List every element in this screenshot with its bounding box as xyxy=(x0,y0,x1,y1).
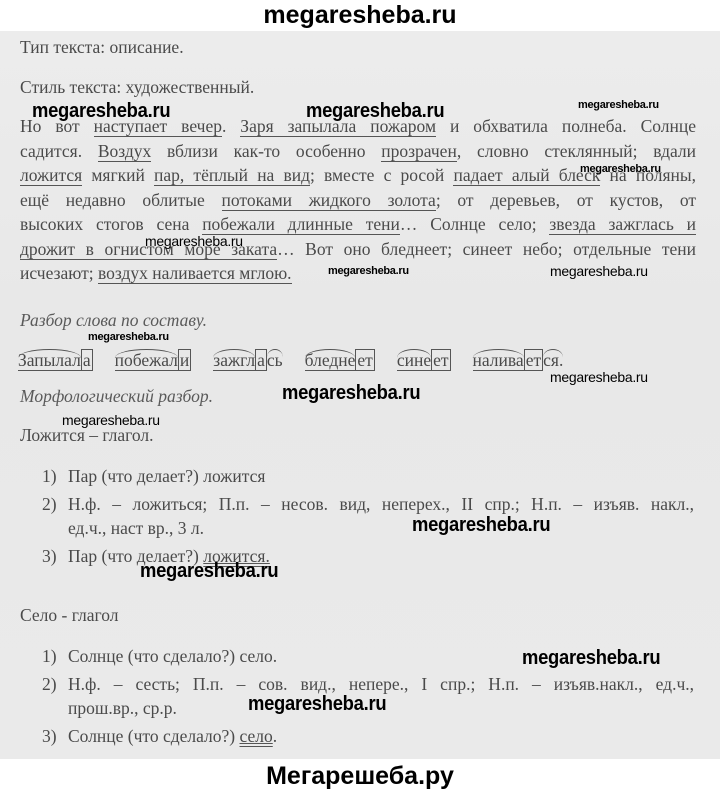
underlined-word: село xyxy=(240,726,273,746)
watermark: megaresheba.ru xyxy=(140,560,278,583)
word-ending: а xyxy=(255,349,267,371)
verb1-analysis-list: 1)Пар (что делает?) ложится2)Н.ф. – ложи… xyxy=(42,464,694,572)
word-morpheme-analysis: побежали xyxy=(115,344,192,371)
watermark: megaresheba.ru xyxy=(550,369,648,385)
item-number: 2) xyxy=(42,672,64,720)
item-text: Солнце (что сделало?) село. xyxy=(68,724,277,748)
site-footer[interactable]: Мегарешеба.ру xyxy=(0,759,720,793)
word-ending: и xyxy=(178,349,191,371)
word-postfix: сь xyxy=(267,349,283,370)
underlined-phrase: Воздух xyxy=(98,141,151,162)
watermark: megaresheba.ru xyxy=(88,331,169,343)
paragraph-line: садится. Воздух вблизи как-то особенно п… xyxy=(20,139,696,164)
underlined-phrase: пар, тёплый на вид xyxy=(154,165,310,186)
item-text: Солнце (что сделало?) село. xyxy=(68,644,277,668)
word-morpheme-analysis: зажглась xyxy=(213,344,282,371)
word-stem: побежал xyxy=(115,349,178,371)
site-header[interactable]: megaresheba.ru xyxy=(0,0,720,31)
word-morpheme-analysis: наливается. xyxy=(473,344,564,371)
word-stem: Запылал xyxy=(18,349,81,371)
item-text: Н.ф. – ложиться; П.п. – несов. вид, непе… xyxy=(68,492,694,540)
watermark: megaresheba.ru xyxy=(522,647,660,670)
paragraph-line: дрожит в огнистом море заката… Вот оно б… xyxy=(20,237,696,262)
watermark: megaresheba.ru xyxy=(412,514,550,537)
analysis-item: 3)Солнце (что сделало?) село. xyxy=(42,724,694,748)
underlined-phrase: звезда зажглась и xyxy=(549,214,696,235)
item-number: 3) xyxy=(42,724,64,748)
watermark: megaresheba.ru xyxy=(580,163,661,175)
underlined-phrase: побежали длинные тени xyxy=(202,214,400,235)
text-style: Стиль текста: художественный. xyxy=(20,77,254,98)
text-type: Тип текста: описание. xyxy=(20,37,184,58)
word-morpheme-analysis: синеет xyxy=(397,344,451,371)
watermark: megaresheba.ru xyxy=(578,99,659,111)
paragraph-line: ещё недавно облитые потоками жидкого зол… xyxy=(20,188,696,213)
word-morpheme-analysis: бледнеет xyxy=(305,344,375,371)
watermark: megaresheba.ru xyxy=(62,412,160,428)
analysis-item: 1)Пар (что делает?) ложится xyxy=(42,464,694,488)
item-number: 1) xyxy=(42,464,64,488)
word-ending: ет xyxy=(524,349,543,371)
verb1-heading: Ложится – глагол. xyxy=(20,425,154,446)
underlined-phrase: потоками жидкого золота xyxy=(222,190,436,211)
word-ending: а xyxy=(81,349,93,371)
underlined-phrase: падает алый блеск xyxy=(453,165,600,186)
main-paragraph: Но вот наступает вечер. Заря запылала по… xyxy=(20,114,696,286)
word-ending: ет xyxy=(431,349,450,371)
item-text: Пар (что делает?) ложится xyxy=(68,464,265,488)
watermark: megaresheba.ru xyxy=(328,265,409,277)
watermark: megaresheba.ru xyxy=(145,233,243,249)
item-number: 1) xyxy=(42,644,64,668)
watermark: megaresheba.ru xyxy=(550,263,648,279)
word-analysis-title: Разбор слова по составу. xyxy=(20,310,207,331)
underlined-phrase: ложится xyxy=(20,165,82,186)
item-number: 2) xyxy=(42,492,64,540)
analysis-item: 2)Н.ф. – ложиться; П.п. – несов. вид, не… xyxy=(42,492,694,540)
underlined-phrase: прозрачен xyxy=(381,141,457,162)
watermark: megaresheba.ru xyxy=(248,693,386,716)
word-stem: сине xyxy=(397,349,431,371)
item-number: 3) xyxy=(42,544,64,568)
word-stem: зажгл xyxy=(213,349,255,371)
word-ending: ет xyxy=(355,349,374,371)
morph-analysis-title: Морфологический разбор. xyxy=(20,386,213,407)
paragraph-line: высоких стогов сена побежали длинные тен… xyxy=(20,212,696,237)
word-stem: налива xyxy=(473,349,524,371)
word-morpheme-analysis: Запылала xyxy=(18,344,93,371)
verb2-heading: Село - глагол xyxy=(20,605,119,626)
underlined-phrase: воздух наливается мглою. xyxy=(98,263,292,284)
word-postfix: ся. xyxy=(543,349,563,370)
word-stem: бледне xyxy=(305,349,356,371)
watermark: megaresheba.ru xyxy=(306,100,444,123)
watermark: megaresheba.ru xyxy=(282,382,420,405)
watermark: megaresheba.ru xyxy=(32,100,170,123)
word-analysis-row: Запылалапобежализажгласьбледнеетсинеетна… xyxy=(18,344,585,371)
